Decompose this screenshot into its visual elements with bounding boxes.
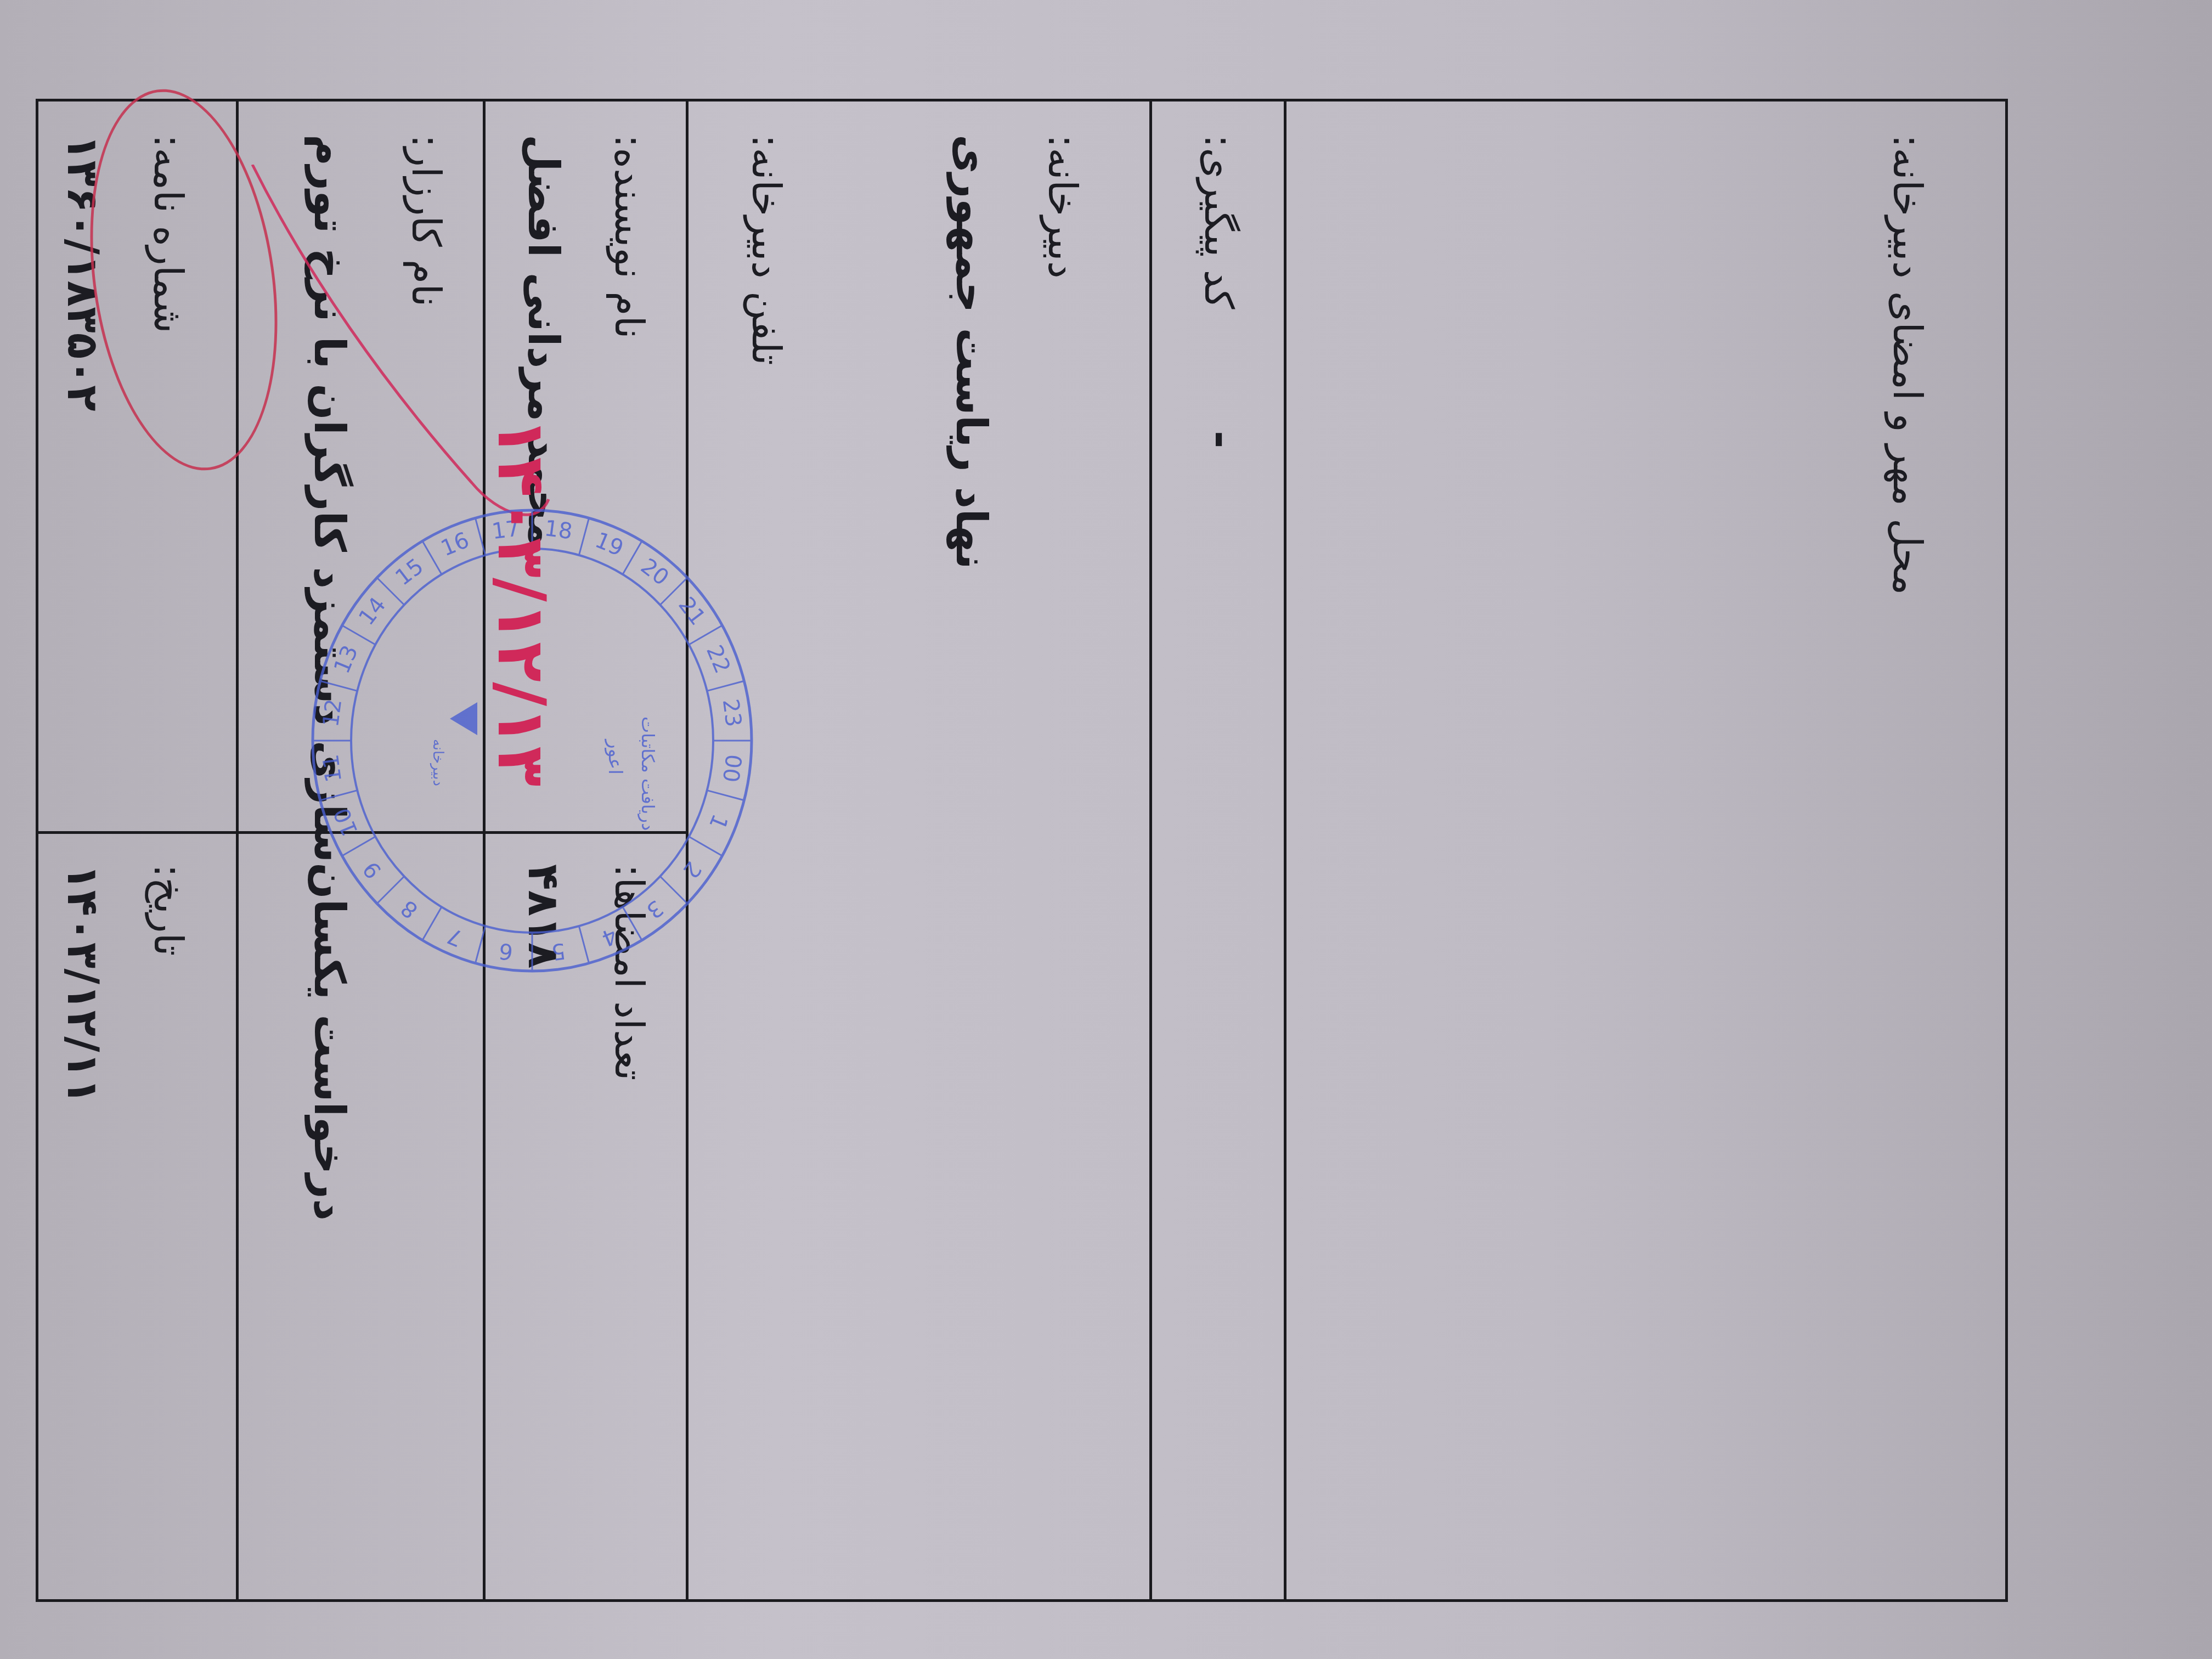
stamp-area-label: محل مهر و امضای دبیرخانه: (1884, 134, 1931, 595)
tracking-code-label: کد پیگیری: (1196, 134, 1242, 309)
signatures-value: ۴۸۱۸ (518, 864, 568, 968)
registration-form-table: شماره نامه: ۱۳۶۰/۱۸۳۵۰۲ تاریخ: ۱۴۰۳/۱۲/۱… (36, 99, 2008, 1602)
date-value: ۱۴۰۳/۱۲/۱۱ (58, 864, 107, 1104)
row-author-signatures: نام نویسنده: محمد مردانی افضل تعداد امضا… (486, 101, 689, 1599)
row-divider (38, 831, 236, 834)
row-tracking-code: کد پیگیری: - (1152, 101, 1286, 1599)
row-divider (486, 831, 686, 834)
stamp-handwritten-date: ۱۴۰۳/۱۲/۱۳ (483, 417, 559, 787)
campaign-value: درخواست یکسان‌سازی دستمزد کارگران با نرخ… (304, 134, 354, 1221)
row-divider (239, 831, 483, 834)
secretariat-label: دبیرخانه: (1040, 134, 1086, 279)
signatures-label: تعداد امضاها: (606, 864, 652, 1081)
row-secretariat: دبیرخانه: نهاد ریاست جمهوری تلفن دبیرخان… (689, 101, 1152, 1599)
author-label: نام نویسنده: (606, 134, 652, 338)
secretariat-value: نهاد ریاست جمهوری (946, 134, 996, 569)
date-label: تاریخ: (145, 864, 191, 956)
row-stamp-area: محل مهر و امضای دبیرخانه: (1286, 101, 2005, 1599)
campaign-label: نام کارزار: (403, 134, 449, 307)
tracking-code-value: - (1196, 431, 1245, 448)
secretariat-phone-label: تلفن دبیرخانه: (743, 134, 789, 365)
